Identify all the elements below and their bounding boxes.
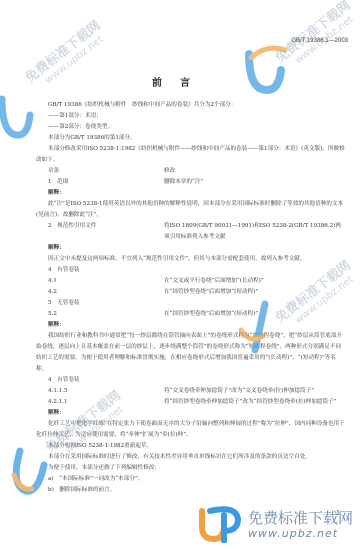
table-row: 2 规范性引用文件 将ISO 1809(GB/T 90031—1991)和ISO…: [36, 221, 346, 243]
section-heading: 4 有管卷装: [36, 265, 346, 276]
note-label: 解释：: [36, 243, 346, 254]
change: 在“纬管纱型卷绕”后面增加“(短动程)”: [164, 287, 346, 298]
change: 删除本章的“注”: [164, 177, 346, 188]
change: 在“交叉或平行卷绕”后面增加“(长动程)”: [164, 276, 346, 287]
watermark-cn: 免费标准下载网: [270, 0, 353, 66]
paragraph: 为便于使用，本部分还做了下列编辑性修改：: [36, 463, 346, 474]
brand-watermark: 免费标准下载网 www.upbz.net: [196, 505, 353, 543]
note-text: 因正文中未提及这两项标准，不宜列入“规范性引用文件”，但其与本部分需配套使用，故…: [36, 254, 346, 265]
document-page: GB/T 19386.1—2003 前言 GB/T 19386《纺织机械与附件 …: [0, 0, 360, 549]
section-heading: 4 有管卷装: [36, 375, 346, 386]
clause: 4.1: [36, 276, 164, 287]
paragraph: 本部分在采用国际标准时进行了修改，有关技术性差异用垂直单线标识在它们所涉及的条款…: [36, 452, 346, 463]
clause: 1 范围: [36, 177, 164, 188]
note-text: 我国纺织行业和教科书中通常把“每一纱层都绕在筒管轴向表面上”的卷绕形式称为“长动…: [36, 331, 346, 375]
change: 将“纬管纱型卷绕牵伸加捻筒子”改为“纬管纱型卷绕牵(拉)伸加捻筒子”: [164, 397, 346, 408]
list-item: ——第1部分：术语；: [36, 111, 346, 122]
note-label: 解释：: [36, 188, 346, 199]
section-heading: 5 无管卷装: [36, 298, 346, 309]
page-title: 前言: [0, 74, 360, 89]
list-item: a) “本国际标准”一词改为“本部分”；: [36, 474, 346, 485]
change: 将ISO 1809(GB/T 90031—1991)和ISO 5238-2(GB…: [164, 221, 346, 243]
note-label: 解释：: [36, 408, 346, 419]
brand-name: 免费标准下载网: [248, 509, 353, 527]
change: 在“纬管纱型卷绕”后面增加“(短动程)”: [164, 309, 346, 320]
paragraph: 本部分为GB/T 19386的第1部分。: [36, 133, 346, 144]
clause: 4.2.1.1: [36, 397, 164, 408]
up-logo-icon: [196, 505, 244, 543]
up-logo-icon: [0, 95, 40, 145]
brand-url: www.upbz.net: [248, 527, 353, 540]
paragraph: GB/T 19386《纺织机械与附件 纱线和中间产品的卷装》共分为2个部分：: [36, 100, 346, 111]
table-row: 4.2 在“纬管纱型卷绕”后面增加“(短动程)”: [36, 287, 346, 298]
up-logo-icon: [245, 40, 295, 100]
table-row: 4.2.1.1 将“纬管纱型卷绕牵伸加捻筒子”改为“纬管纱型卷绕牵(拉)伸加捻筒…: [36, 397, 346, 408]
change: 将“交叉卷绕牵伸加捻筒子”改为“交叉卷绕牵(拉)伸加捻筒子”: [164, 386, 346, 397]
table-header: 章条 修改: [36, 166, 346, 177]
paragraph: 本部分根据ISO 5238-1:1982重新起草。: [36, 441, 346, 452]
note-text: 化纤工艺中把化学纤维“在特定张力下使卷曲而无序的大分子沿轴向整列和伸展的过程”称…: [36, 419, 346, 441]
clause: 2 规范性引用文件: [36, 221, 164, 243]
table-row: 4.1.1.5 将“交叉卷绕牵伸加捻筒子”改为“交叉卷绕牵(拉)伸加捻筒子”: [36, 386, 346, 397]
column-header-change: 修改: [164, 166, 346, 177]
standard-number: GB/T 19386.1—2003: [291, 38, 348, 44]
paragraph: 本部分修改采用ISO 5238-1:1982《纺织机械与附件——纱线和中间产品的…: [36, 144, 346, 166]
document-body: GB/T 19386《纺织机械与附件 纱线和中间产品的卷装》共分为2个部分： —…: [36, 100, 346, 496]
table-row: 5.2 在“纬管纱型卷绕”后面增加“(短动程)”: [36, 309, 346, 320]
table-row: 4.1 在“交叉或平行卷绕”后面增加“(长动程)”: [36, 276, 346, 287]
list-item: b) 删除国际标准的前言。: [36, 485, 346, 496]
clause: 4.1.1.5: [36, 386, 164, 397]
clause: 4.2: [36, 287, 164, 298]
list-item: ——第2部分：卷绕类型。: [36, 122, 346, 133]
column-header-clause: 章条: [36, 166, 164, 177]
clause: 5.2: [36, 309, 164, 320]
note-text: 此“注”是ISO 5238-1使用英语以外的其他语种的解释性说明，因本部分在采用…: [36, 199, 346, 221]
note-label: 解释：: [36, 320, 346, 331]
table-row: 1 范围 删除本章的“注”: [36, 177, 346, 188]
